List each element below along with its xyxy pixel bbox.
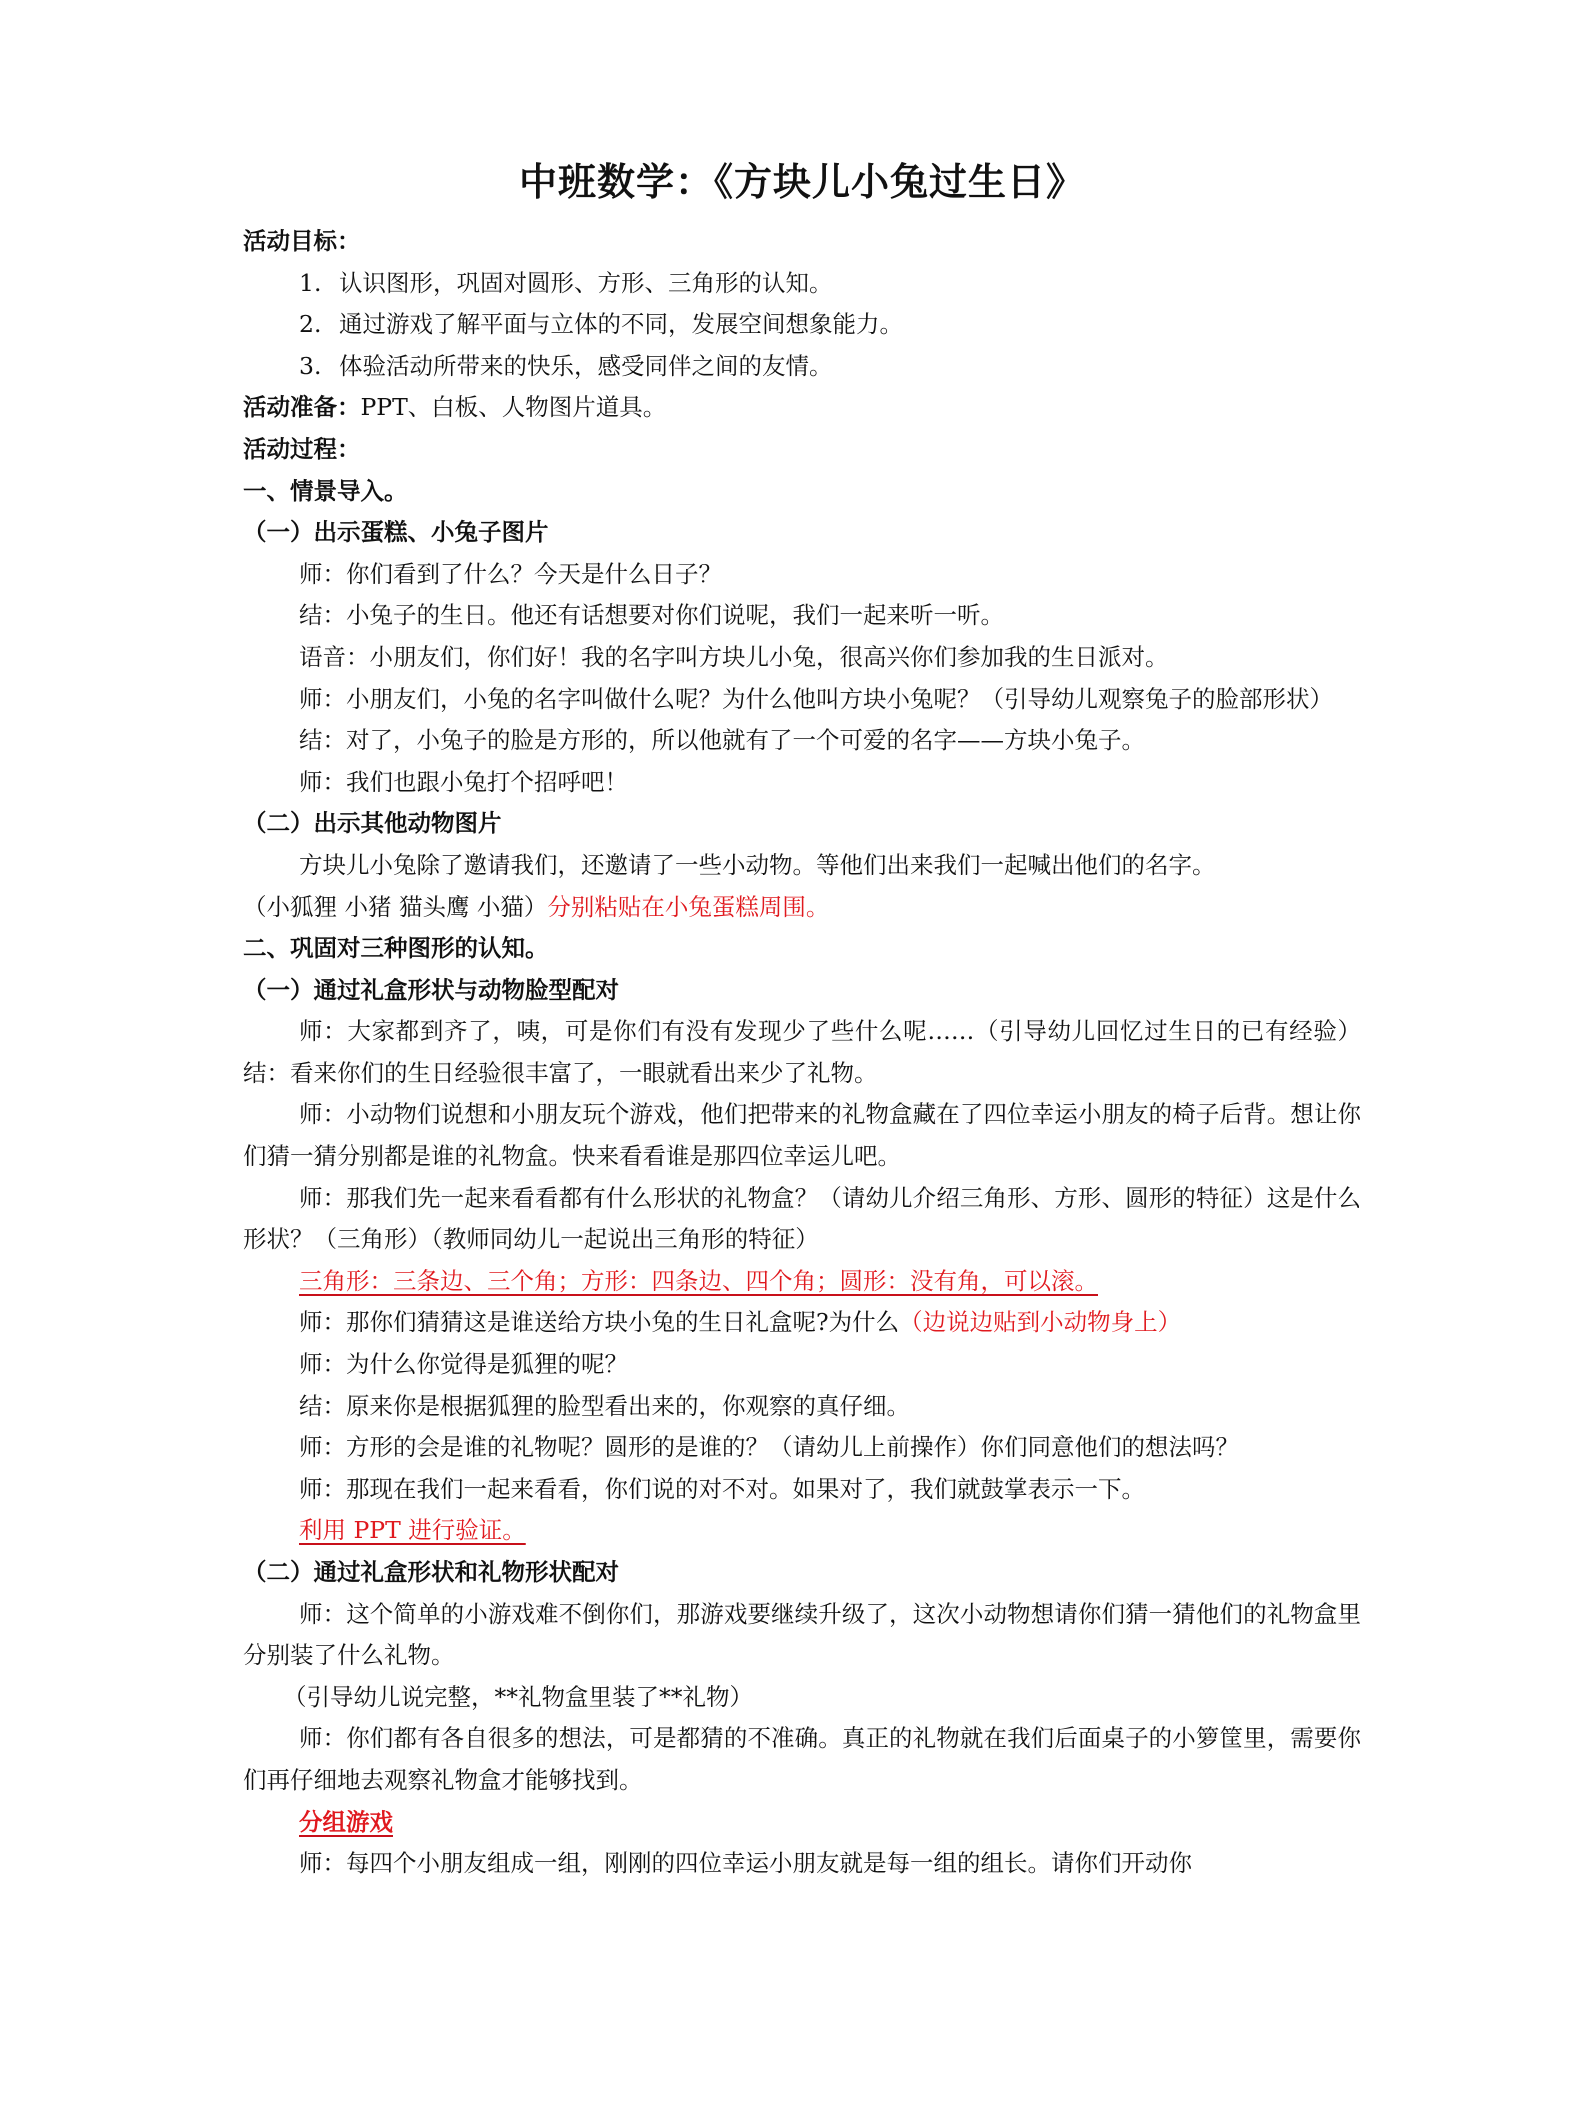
- animals-line: （小狐狸 小猪 猫头鹰 小猫）分别粘贴在小兔蛋糕周围。: [243, 887, 1361, 929]
- dialogue-paragraph: 师：方形的会是谁的礼物呢？圆形的是谁的？（请幼儿上前操作）你们同意他们的想法吗？: [243, 1427, 1361, 1469]
- goal-item: 1.认识图形，巩固对圆形、方形、三角形的认知。: [243, 263, 1361, 305]
- prep-line: 活动准备：PPT、白板、人物图片道具。: [243, 387, 1361, 429]
- dialogue-line: 师：那现在我们一起来看看，你们说的对不对。如果对了，我们就鼓掌表示一下。: [243, 1469, 1361, 1511]
- dialogue-line: 语音：小朋友们，你们好！我的名字叫方块儿小兔，很高兴你们参加我的生日派对。: [243, 637, 1361, 679]
- dialogue-paragraph: 师：大家都到齐了，咦，可是你们有没有发现少了些什么呢……（引导幼儿回忆过生日的已…: [243, 1011, 1361, 1094]
- subsection-1-1-heading: （一）出示蛋糕、小兔子图片: [243, 512, 1361, 554]
- subsection-1-2-heading: （二）出示其他动物图片: [243, 803, 1361, 845]
- shapes-note-line: 三角形：三条边、三个角；方形：四条边、四个角；圆形：没有角，可以滚。: [243, 1261, 1361, 1303]
- section-1-heading: 一、情景导入。: [243, 471, 1361, 513]
- animals-note: 分别粘贴在小兔蛋糕周围。: [547, 893, 829, 921]
- shapes-note: 三角形：三条边、三个角；方形：四条边、四个角；圆形：没有角，可以滚。: [299, 1267, 1098, 1295]
- dialogue-line: 结：原来你是根据狐狸的脸型看出来的，你观察的真仔细。: [243, 1386, 1361, 1428]
- subsection-2-2-heading: （二）通过礼盒形状和礼物形状配对: [243, 1552, 1361, 1594]
- goals-heading: 活动目标：: [243, 221, 1361, 263]
- ppt-note-line: 利用 PPT 进行验证。: [243, 1510, 1361, 1552]
- subsection-2-1-heading: （一）通过礼盒形状与动物脸型配对: [243, 970, 1361, 1012]
- group-game-heading: 分组游戏: [299, 1808, 393, 1836]
- process-heading: 活动过程：: [243, 429, 1361, 471]
- guess-note: （边说边贴到小动物身上）: [899, 1308, 1181, 1336]
- dialogue-paragraph: 师：小动物们说想和小朋友玩个游戏，他们把带来的礼物盒藏在了四位幸运小朋友的椅子后…: [243, 1094, 1361, 1177]
- section-2-heading: 二、巩固对三种图形的认知。: [243, 928, 1361, 970]
- dialogue-line: 结：对了，小兔子的脸是方形的，所以他就有了一个可爱的名字——方块小兔子。: [243, 720, 1361, 762]
- goal-item: 2.通过游戏了解平面与立体的不同，发展空间想象能力。: [243, 304, 1361, 346]
- ppt-note: 利用 PPT 进行验证。: [299, 1516, 526, 1544]
- dialogue-paragraph: 师：小朋友们，小兔的名字叫做什么呢？为什么他叫方块小兔呢？（引导幼儿观察兔子的脸…: [243, 679, 1361, 721]
- dialogue-line: 师：你们看到了什么？今天是什么日子？: [243, 554, 1361, 596]
- dialogue-paragraph: 师：这个简单的小游戏难不倒你们，那游戏要继续升级了，这次小动物想请你们猜一猜他们…: [243, 1594, 1361, 1677]
- dialogue-line: 师：每四个小朋友组成一组，刚刚的四位幸运小朋友就是每一组的组长。请你们开动你: [243, 1843, 1361, 1885]
- dialogue-paragraph: 师：那我们先一起来看看都有什么形状的礼物盒？（请幼儿介绍三角形、方形、圆形的特征…: [243, 1178, 1361, 1261]
- dialogue-line: 师：我们也跟小兔打个招呼吧！: [243, 762, 1361, 804]
- goal-item: 3.体验活动所带来的快乐，感受同伴之间的友情。: [243, 346, 1361, 388]
- narration-line: 方块儿小兔除了邀请我们，还邀请了一些小动物。等他们出来我们一起喊出他们的名字。: [243, 845, 1361, 887]
- dialogue-line: 结：小兔子的生日。他还有话想要对你们说呢，我们一起来听一听。: [243, 595, 1361, 637]
- prep-text: PPT、白板、人物图片道具。: [361, 393, 667, 421]
- group-game-line: 分组游戏: [243, 1802, 1361, 1844]
- dialogue-line: 师：那你们猜猜这是谁送给方块小兔的生日礼盒呢?为什么（边说边贴到小动物身上）: [243, 1302, 1361, 1344]
- animals-list: （小狐狸 小猪 猫头鹰 小猫）: [243, 893, 547, 921]
- dialogue-paragraph: 师：你们都有各自很多的想法，可是都猜的不准确。真正的礼物就在我们后面桌子的小箩筐…: [243, 1718, 1361, 1801]
- prep-heading: 活动准备：: [243, 393, 361, 421]
- document-title: 中班数学：《方块儿小兔过生日》: [243, 152, 1361, 212]
- document-body: 活动目标： 1.认识图形，巩固对圆形、方形、三角形的认知。 2.通过游戏了解平面…: [243, 221, 1361, 1885]
- dialogue-line: 师：为什么你觉得是狐狸的呢？: [243, 1344, 1361, 1386]
- guide-line: （引导幼儿说完整，**礼物盒里装了**礼物）: [243, 1677, 1361, 1719]
